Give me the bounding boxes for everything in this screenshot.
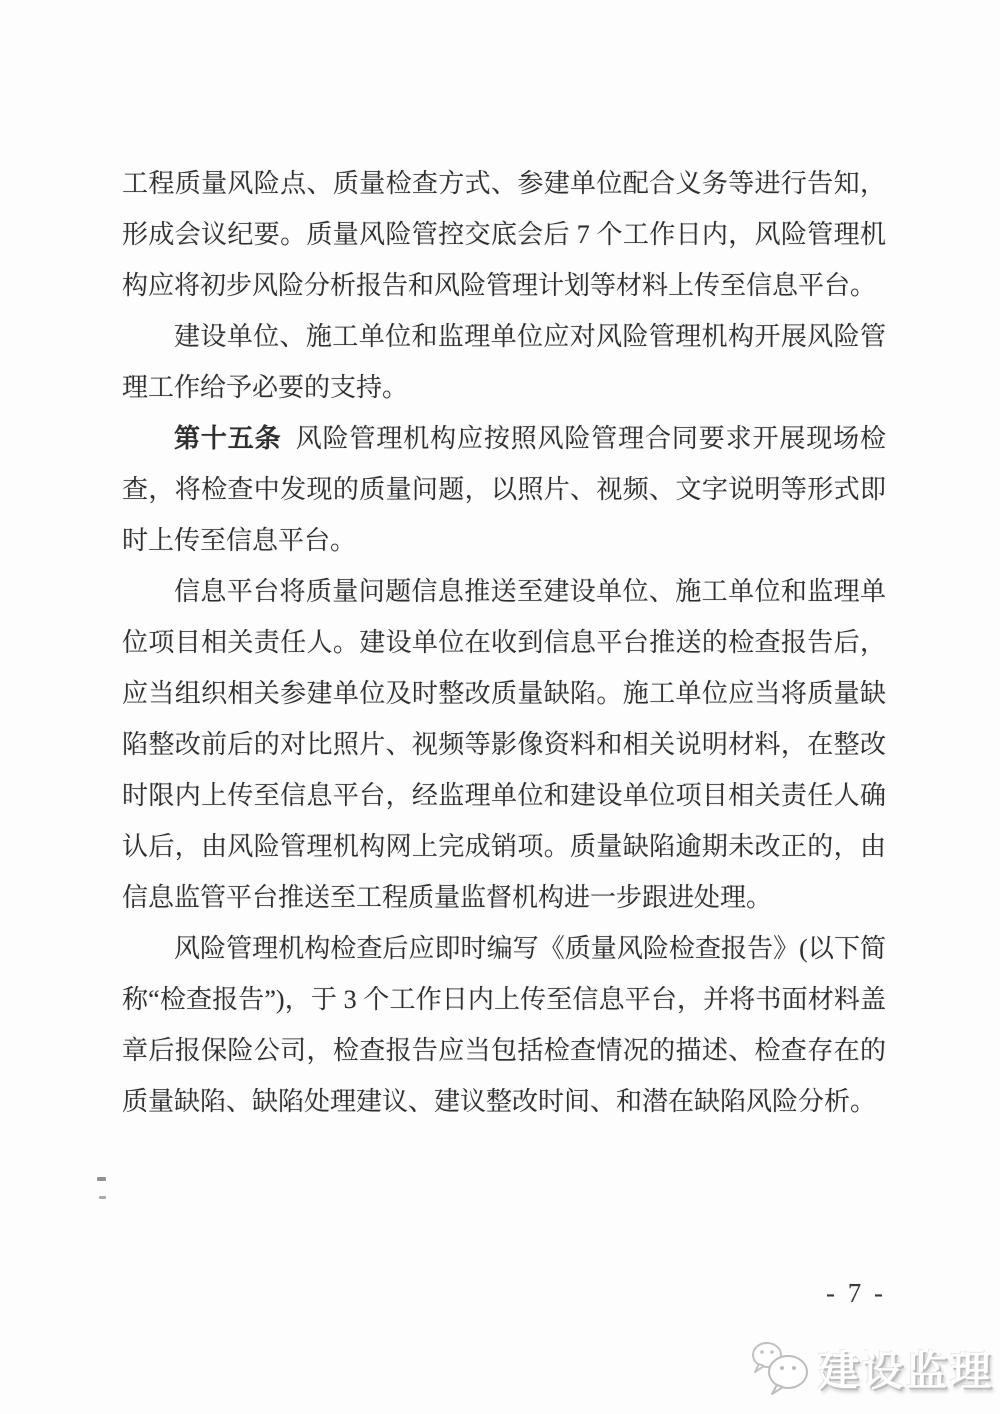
paragraph: 信息平台将质量问题信息推送至建设单位、施工单位和监理单位项目相关责任人。建设单位…	[122, 566, 886, 923]
paragraph: 第十五条风险管理机构应按照风险管理合同要求开展现场检查，将检查中发现的质量问题，…	[122, 413, 886, 566]
watermark: 建设监理	[750, 1338, 994, 1397]
paragraph: 工程质量风险点、质量检查方式、参建单位配合义务等进行告知，形成会议纪要。质量风险…	[122, 158, 886, 311]
wechat-icon	[750, 1340, 812, 1396]
paragraph: 风险管理机构检查后应即时编写《质量风险检查报告》(以下简称“检查报告”)，于 3…	[122, 923, 886, 1127]
document-page: 工程质量风险点、质量检查方式、参建单位配合义务等进行告知，形成会议纪要。质量风险…	[0, 0, 1000, 1414]
watermark-label: 建设监理	[818, 1338, 994, 1397]
scan-artifact	[99, 1196, 106, 1199]
paragraph: 建设单位、施工单位和监理单位应对风险管理机构开展风险管理工作给予必要的支持。	[122, 311, 886, 413]
article-number: 第十五条	[174, 424, 281, 453]
document-body: 工程质量风险点、质量检查方式、参建单位配合义务等进行告知，形成会议纪要。质量风险…	[122, 158, 886, 1127]
page-number: - 7 -	[122, 1278, 886, 1309]
scan-artifact	[97, 1177, 106, 1181]
